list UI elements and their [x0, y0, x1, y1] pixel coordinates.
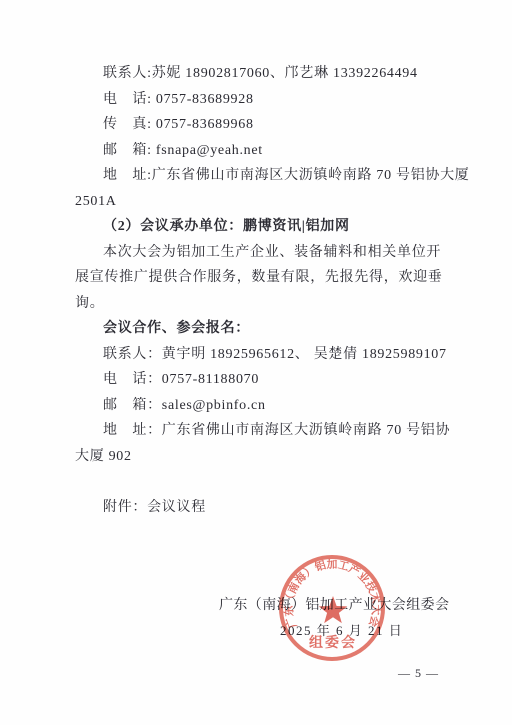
registration-heading: 会议合作、参会报名： [75, 316, 455, 342]
registration-contacts-line: 联系人：黄宇明 18925965612、 吴楚倩 18925989107 [75, 342, 455, 368]
organizer-fax-line: 传 真: 0757-83689968 [75, 112, 455, 138]
signature-date: 2025 年 6 月 21 日 [280, 620, 403, 639]
registration-phone-line: 电 话：0757-81188070 [75, 367, 455, 393]
registration-address-line-1: 地 址：广东省佛山市南海区大沥镇岭南路 70 号铝协 [75, 418, 455, 444]
undertaker-heading: （2）会议承办单位：鹏博资讯|铝加网 [75, 214, 455, 240]
signature-organization: 广东（南海）铝加工产业大会组委会 [219, 594, 449, 614]
registration-address-line-2: 大厦 902 [75, 444, 455, 470]
document-body: 联系人:苏妮 18902817060、邝艺琳 13392264494 电 话: … [75, 61, 455, 520]
organizer-address-line-1: 地 址:广东省佛山市南海区大沥镇岭南路 70 号铝协大厦 [75, 163, 455, 189]
organizer-phone-line: 电 话: 0757-83689928 [75, 87, 455, 113]
organizer-email-line: 邮 箱: fsnapa@yeah.net [75, 138, 455, 164]
organizer-contacts-line: 联系人:苏妮 18902817060、邝艺琳 13392264494 [75, 61, 455, 87]
undertaker-paragraph-line: 本次大会为铝加工生产企业、装备辅料和相关单位开 [75, 240, 455, 266]
document-page: 联系人:苏妮 18902817060、邝艺琳 13392264494 电 话: … [0, 0, 512, 725]
undertaker-paragraph-line: 询。 [75, 291, 455, 317]
registration-email-line: 邮 箱：sales@pbinfo.cn [75, 393, 455, 419]
attachment-line: 附件：会议议程 [75, 495, 455, 521]
page-number: — 5 — [398, 666, 439, 681]
organizer-address-line-2: 2501A [75, 189, 455, 215]
undertaker-paragraph-line: 展宣传推广提供合作服务，数量有限，先报先得，欢迎垂 [75, 265, 455, 291]
blank-line [75, 469, 455, 495]
